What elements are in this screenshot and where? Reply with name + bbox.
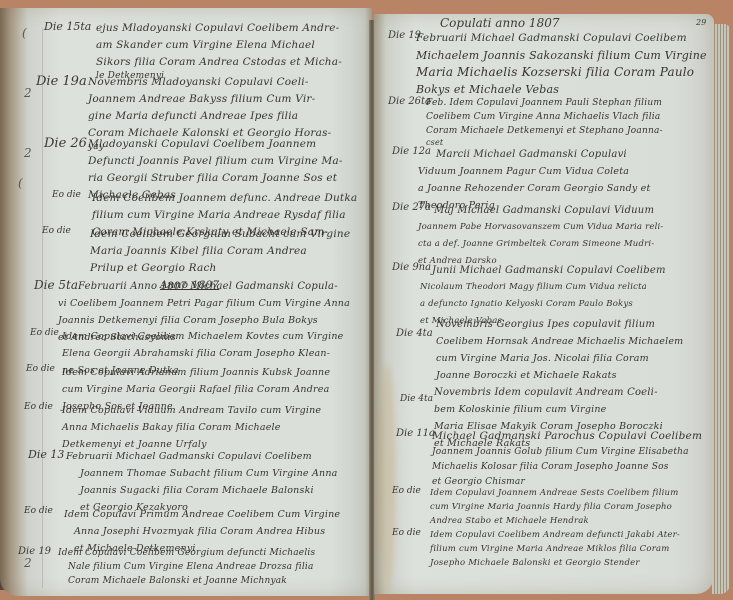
entry-line: Coelibem Hornsak Andreae Michaelis Micha… xyxy=(436,333,683,350)
entry-line: Joannem Joannis Golub filium Cum Virgine… xyxy=(432,445,702,460)
entry-line: Idem Copulavi Primum Andreae Coelibem Cu… xyxy=(64,506,340,523)
entry-line: Junii Michael Gadmanski Copulavi Coelibe… xyxy=(432,262,666,279)
entry-line: Michael Gadmanski Parochus Copulavi Coel… xyxy=(432,428,702,445)
entry-date: Die 27a xyxy=(392,202,431,213)
entry-line: Novembris Idem copulavit Andream Coeli- xyxy=(434,384,663,401)
entry-date: Die 26ta xyxy=(388,96,431,107)
entry-date: Eo die xyxy=(392,486,421,496)
entry-line: Josepho Michaele Balonski et Georgio Ste… xyxy=(430,556,680,570)
entry-line: Joannem Andreae Bakyss filium Cum Vir- xyxy=(88,91,331,108)
entry-line: Sikors filia Coram Andrea Cstodas et Mic… xyxy=(96,54,342,71)
entry-line: Maj Michael Gadmanski Copulavi Viduum xyxy=(434,202,664,219)
margin-mark: ( xyxy=(22,26,27,40)
entry-line: Michaelem Joannis Sakozanski filium Cum … xyxy=(416,47,707,64)
entry-date: Eo die xyxy=(26,364,55,374)
entry-line: Joannem Thomae Subacht filium Cum Virgin… xyxy=(80,465,338,482)
entry-line: Joanne Boroczki et Michaele Rakats xyxy=(436,367,683,384)
entry-line: Idem Coelibem Joannem defunc. Andreae Du… xyxy=(92,190,357,207)
margin-mark: 2 xyxy=(24,86,32,100)
entry-line: cum Virgine Maria Joannis Hardy filia Co… xyxy=(430,500,678,514)
entry-line: Marcii Michael Gadmanski Copulavi xyxy=(436,146,651,163)
page-header: Copulati anno 1807 xyxy=(440,16,559,30)
entry-line: Nale filium Cum Virgine Elena Andreae Dr… xyxy=(68,560,315,574)
entry-line: Coram Michaele Balonski et Joanne Michny… xyxy=(68,574,315,588)
entry-line: a Joanne Rehozender Coram Georgio Sandy … xyxy=(418,180,651,197)
entry-line: Defuncti Joannis Pavel filium cum Virgin… xyxy=(88,153,343,170)
entry-line: ria Georgii Struber filia Coram Joanne S… xyxy=(88,170,343,187)
entry-line: Anna Michaelis Bakay filia Coram Michael… xyxy=(62,419,321,436)
entry-line: bem Koloskinie filium cum Virgine xyxy=(434,401,663,418)
left-page: ( 2 2 ( 2 Die 15ta ejus Mladoyanski Copu… xyxy=(0,8,372,596)
margin-mark: 2 xyxy=(24,556,32,570)
entry-line: cum Virgine Maria Georgii Rafael filia C… xyxy=(62,381,330,398)
page-number: 29 xyxy=(696,18,706,27)
entry-line: Idem Copulavi Joannem Andreae Sests Coel… xyxy=(430,486,678,500)
entry-line: Novembris Georgius Ipes copulavit filium xyxy=(436,316,683,333)
entry-line: Anna Josephi Hvozmyak filia Coram Andrea… xyxy=(74,523,340,540)
entry-date: Die 11a xyxy=(396,428,435,439)
entry-line: gine Maria defuncti Andreae Ipes filia xyxy=(88,108,331,125)
entry-line: Michaelis Kolosar filia Coram Josepho Jo… xyxy=(432,460,702,475)
entry-line: Novembris Mladoyanski Copulavi Coeli- xyxy=(88,74,331,91)
margin-mark: ( xyxy=(18,176,23,190)
entry-date: Die 9na xyxy=(392,262,431,273)
entry-date: Die 19 xyxy=(18,546,51,557)
entry-line: Coram Michaele Detkemenyi et Stephano Jo… xyxy=(426,124,663,138)
entry-line: cta a def. Joanne Grimbeltek Coram Simeo… xyxy=(418,236,664,253)
entry-line: Joannem Pabe Horvasovanszem Cum Vidua Ma… xyxy=(418,219,664,236)
entry-date: Die 15ta xyxy=(44,20,91,33)
entry-date: Die 26 xyxy=(44,136,87,151)
entry-line: Feb. Idem Copulavi Joannem Pauli Stephan… xyxy=(426,96,663,110)
entry-line: Idem Copulavi Viduum Andream Tavilo cum … xyxy=(62,402,321,419)
entry-line: Andrea Stabo et Michaele Hendrak xyxy=(430,514,678,528)
entry-line: Februarii Michael Gadmanski Copulavi Coe… xyxy=(416,30,707,47)
entry-date: Die 5ta xyxy=(34,278,78,292)
entry-line: cum Virgine Maria Jos. Nicolai filia Cor… xyxy=(436,350,683,367)
entry-date: Eo die xyxy=(30,328,59,338)
entry-line: Prilup et Georgio Rach xyxy=(90,260,350,277)
entry-date: Die 12a xyxy=(392,146,431,157)
entry-line: Idem Copulavi Coelibem Michaelem Kovtes … xyxy=(62,328,343,345)
entry-line: Nicolaum Theodori Magy filium Cum Vidua … xyxy=(420,279,666,296)
entry-line: Februarii Anno 1807 Michael Gadmanski Co… xyxy=(78,278,350,295)
left-margin-rule xyxy=(42,28,43,588)
entry-line: Viduum Joannem Pagur Cum Vidua Coleta xyxy=(418,163,651,180)
entry-date: Die 13 xyxy=(28,448,64,461)
entry-date: Eo die xyxy=(392,528,421,538)
margin-mark: 2 xyxy=(24,146,32,160)
entry-line: Joannis Detkemenyi filia Coram Josepho B… xyxy=(58,312,350,329)
entry-line: Idem Coelibem Georgium Subacht cum Virgi… xyxy=(90,226,350,243)
water-stain xyxy=(378,364,396,594)
entry-date: Die 19a xyxy=(36,74,87,89)
entry-line: vi Coelibem Joannem Petri Pagar filium C… xyxy=(58,295,350,312)
entry-line: Idem Copulavi Adrianum filium Joannis Ku… xyxy=(62,364,330,381)
entry-line: Idem Copulavi Coelibem Andream defuncti … xyxy=(430,528,680,542)
entry-line: Joannis Sugacki filia Coram Michaele Bal… xyxy=(80,482,338,499)
entry-line: a defuncto Ignatio Kelyoski Coram Paulo … xyxy=(420,296,666,313)
entry-line: am Skander cum Virgine Elena Michael xyxy=(96,37,342,54)
open-register-book: ( 2 2 ( 2 Die 15ta ejus Mladoyanski Copu… xyxy=(0,0,733,600)
entry-line: filium cum Virgine Maria Andreae Miklos … xyxy=(430,542,680,556)
entry-date: Eo die xyxy=(24,506,53,516)
entry-line: Maria Joannis Kibel filia Coram Andrea xyxy=(90,243,350,260)
entry-line: Mladoyanski Copulavi Coelibem Joannem xyxy=(88,136,343,153)
entry-date: Eo die xyxy=(52,190,81,200)
entry-line: Elena Georgii Abrahamski filia Coram Jos… xyxy=(62,345,343,362)
entry-date: Eo die xyxy=(42,226,71,236)
entry-line: filium cum Virgine Maria Andreae Rysdaf … xyxy=(92,207,357,224)
entry-date: Eo die xyxy=(24,402,53,412)
entry-line: Coelibem Cum Virgine Anna Michaelis Vlac… xyxy=(426,110,663,124)
entry-line: Maria Michaelis Kozserski filia Coram Pa… xyxy=(416,64,707,81)
entry-line: Idem Copulavi Coelibem Georgium defuncti… xyxy=(58,546,315,560)
page-edges xyxy=(712,24,730,594)
entry-date: Die 4ta xyxy=(400,394,433,404)
entry-date: Die 4ta xyxy=(396,328,433,339)
entry-line: Februarii Michael Gadmanski Copulavi Coe… xyxy=(66,448,338,465)
entry-line: ejus Mladoyanski Copulavi Coelibem Andre… xyxy=(96,20,342,37)
